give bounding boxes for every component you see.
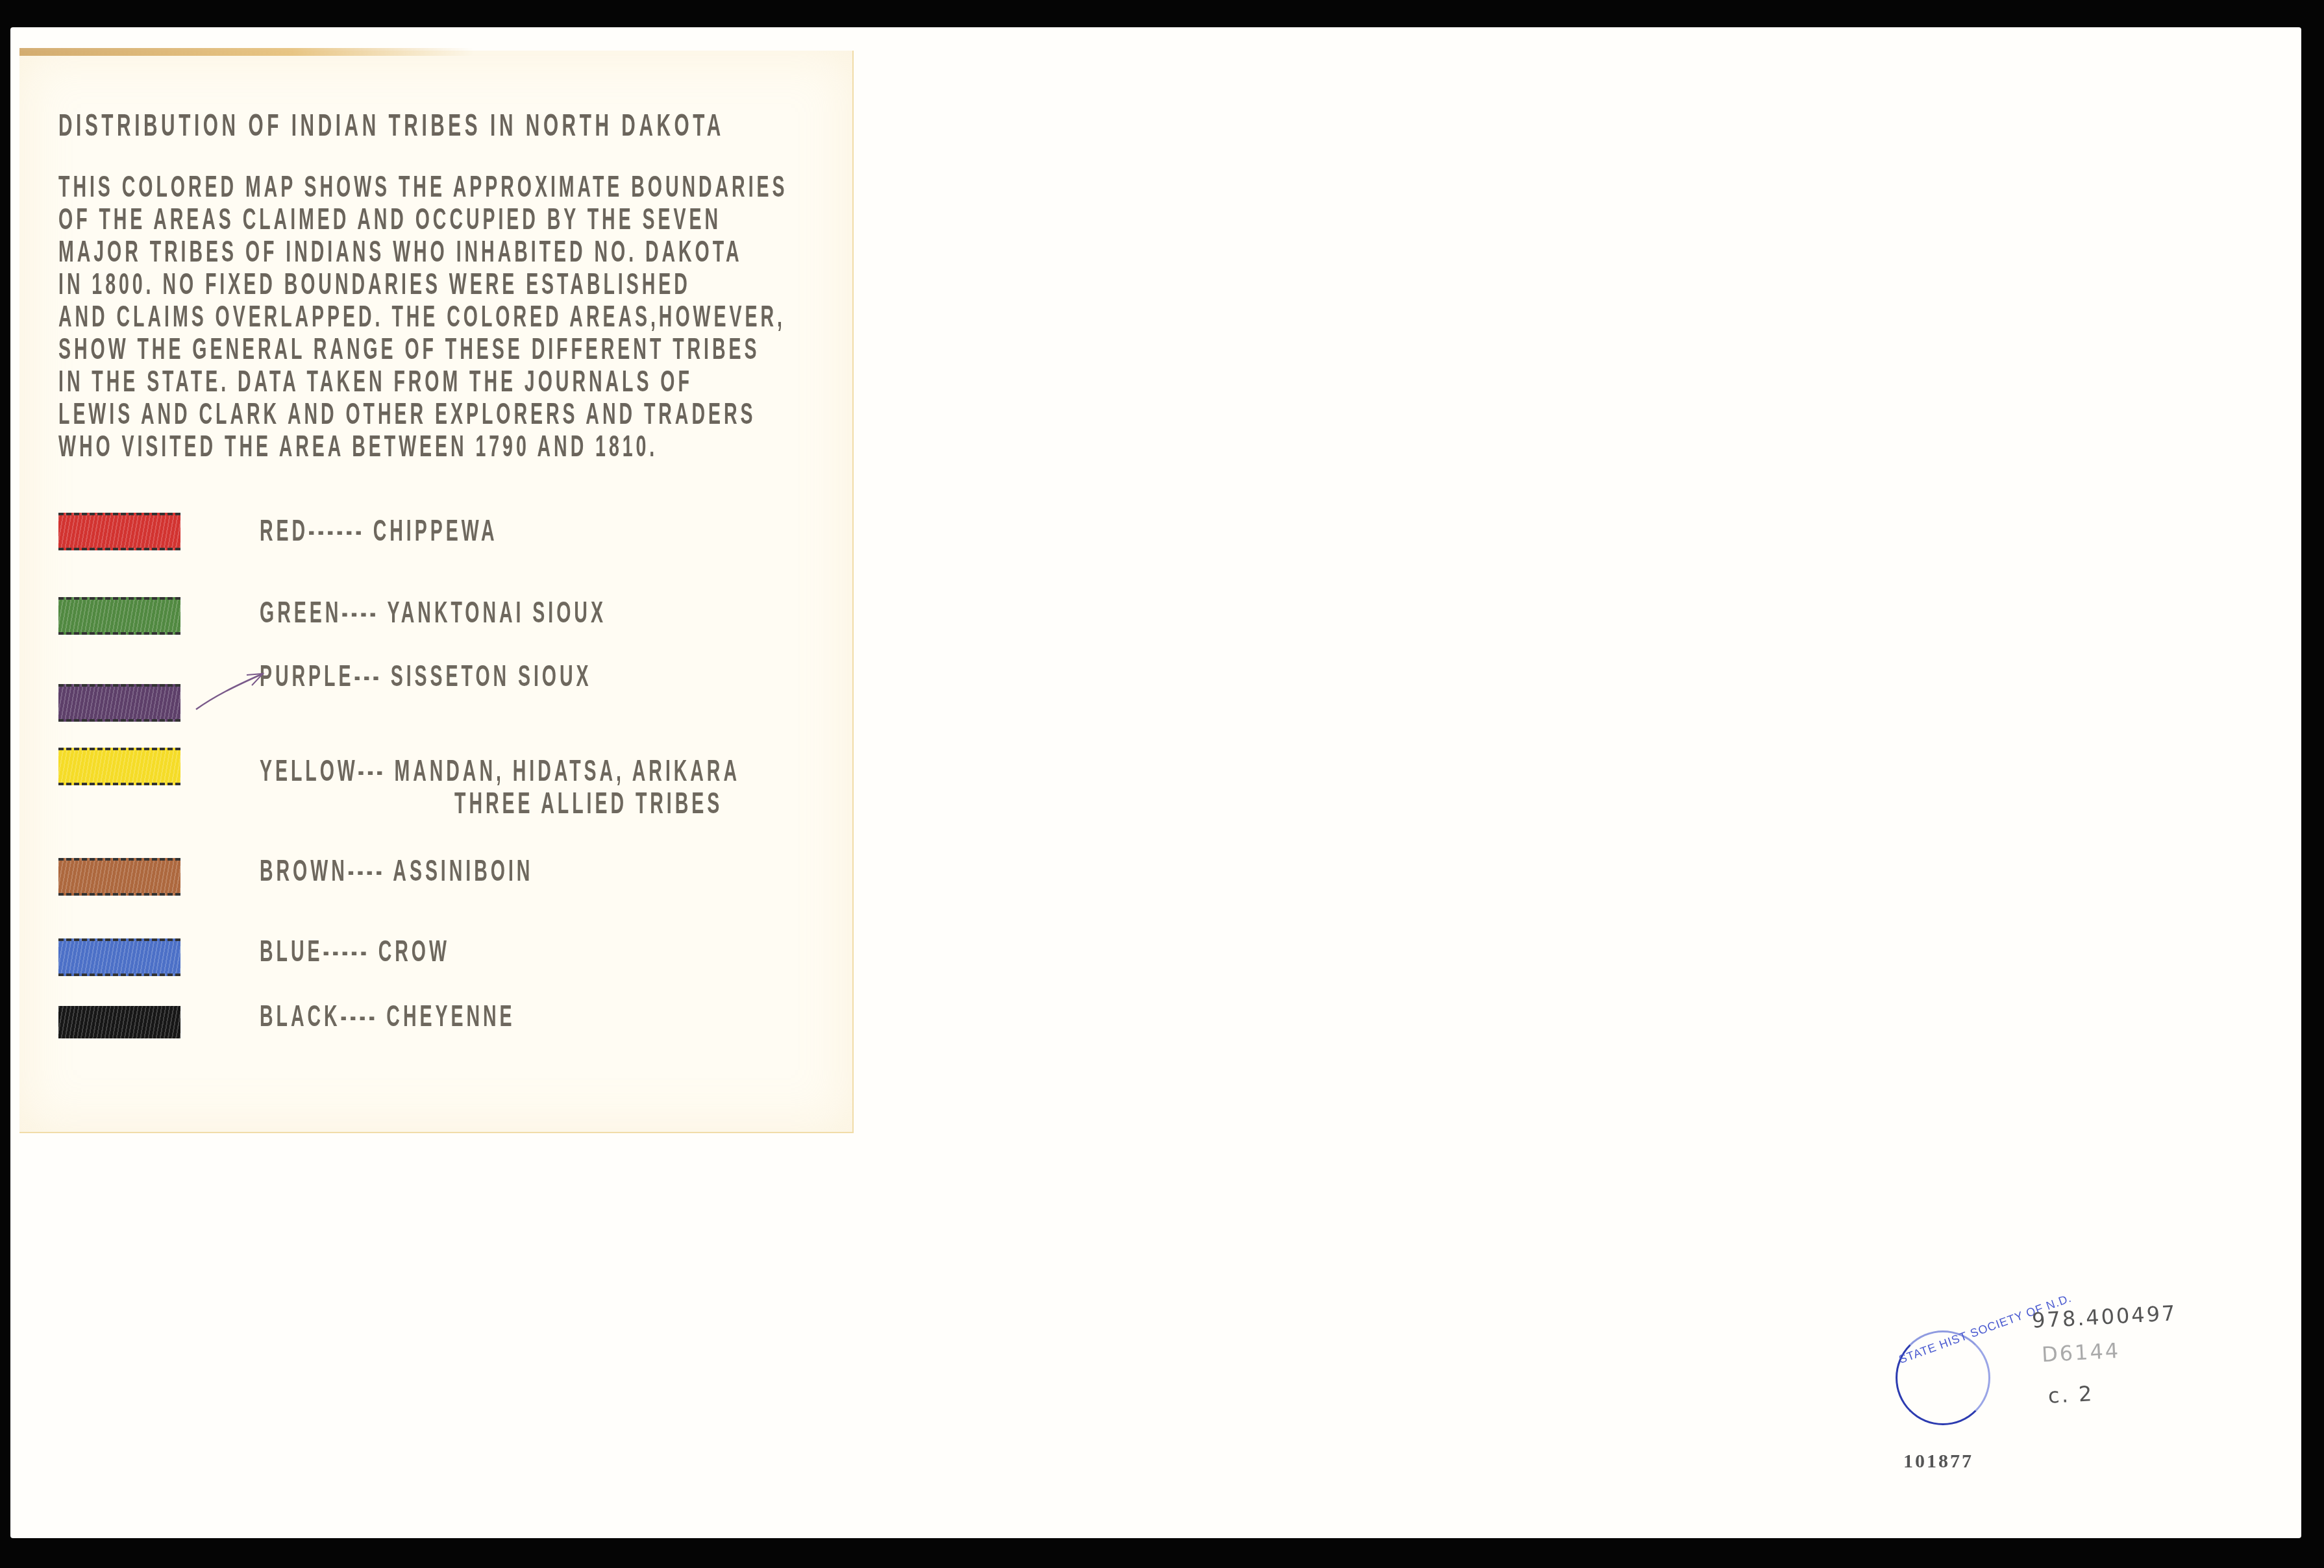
legend-label: RED------ CHIPPEWA [260,513,498,548]
legend-swatch [58,597,180,635]
pencil-arrow-icon [195,667,266,713]
description-line: WHO VISITED THE AREA BETWEEN 1790 AND 18… [58,430,788,462]
handwritten-cutter: D6144 [2041,1338,2121,1367]
description-line: MAJOR TRIBES OF INDIANS WHO INHABITED NO… [58,235,788,267]
handwritten-copy: c. 2 [2047,1381,2094,1408]
description-line: IN 1800. NO FIXED BOUNDARIES WERE ESTABL… [58,267,788,300]
document-title: DISTRIBUTION OF INDIAN TRIBES IN NORTH D… [58,108,724,143]
legend-label: PURPLE--- SISSETON SIOUX [260,658,592,693]
description-line: IN THE STATE. DATA TAKEN FROM THE JOURNA… [58,365,788,397]
accession-number: 101877 [1903,1451,1973,1473]
description-line: AND CLAIMS OVERLAPPED. THE COLORED AREAS… [58,300,788,332]
legend-label: YELLOW--- MANDAN, HIDATSA, ARIKARA [260,753,740,788]
legend-swatch [58,938,180,976]
legend-label: BROWN---- ASSINIBOIN [260,853,533,888]
description-paragraph: THIS COLORED MAP SHOWS THE APPROXIMATE B… [58,170,788,462]
legend-swatch [58,858,180,896]
paper-sheet: DISTRIBUTION OF INDIAN TRIBES IN NORTH D… [10,27,2301,1538]
legend-swatch [58,748,180,785]
typed-legend-sheet: DISTRIBUTION OF INDIAN TRIBES IN NORTH D… [19,51,854,1133]
description-line: LEWIS AND CLARK AND OTHER EXPLORERS AND … [58,397,788,430]
legend-swatch [58,684,180,722]
tape-stain [19,48,474,56]
legend-label: GREEN---- YANKTONAI SIOUX [260,594,606,630]
description-line: THIS COLORED MAP SHOWS THE APPROXIMATE B… [58,170,788,202]
legend-sublabel: THREE ALLIED TRIBES [454,785,723,820]
description-line: SHOW THE GENERAL RANGE OF THESE DIFFEREN… [58,332,788,365]
description-line: OF THE AREAS CLAIMED AND OCCUPIED BY THE… [58,202,788,235]
legend-swatch [58,513,180,550]
legend-swatch [58,1006,180,1038]
legend-label: BLACK---- CHEYENNE [260,998,515,1033]
legend-label: BLUE----- CROW [260,933,450,968]
